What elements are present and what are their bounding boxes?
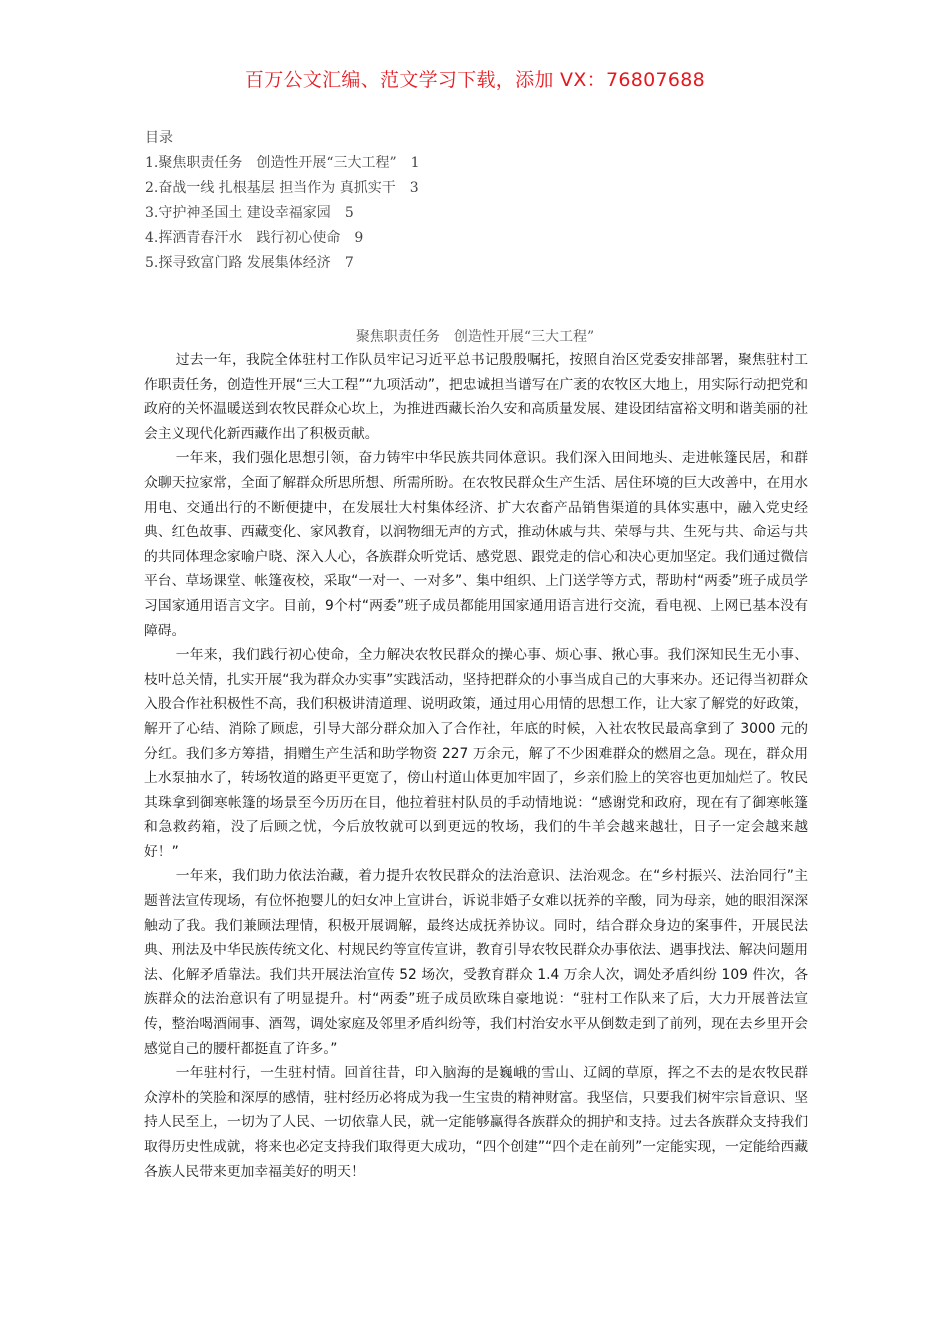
toc-item-label: 4.挥洒青春汗水 践行初心使命 (145, 230, 340, 246)
toc-item-page: 3 (410, 180, 419, 196)
toc-item[interactable]: 1.聚焦职责任务 创造性开展“三大工程”1 (145, 151, 420, 176)
toc-item[interactable]: 3.守护神圣国土 建设幸福家园5 (145, 201, 420, 226)
article-paragraph: 一年来，我们助力依法治藏，着力提升农牧民群众的法治意识、法治观念。在“乡村振兴、… (144, 864, 808, 1061)
toc-item[interactable]: 5.探寻致富门路 发展集体经济7 (145, 251, 420, 276)
toc-title: 目录 (145, 126, 420, 151)
toc-item-page: 9 (354, 230, 363, 246)
article-body: 过去一年，我院全体驻村工作队员牢记习近平总书记殷殷嘱托，按照自治区党委安排部署，… (144, 348, 808, 1184)
toc-item[interactable]: 4.挥洒青春汗水 践行初心使命9 (145, 226, 420, 251)
table-of-contents: 目录 1.聚焦职责任务 创造性开展“三大工程”1 2.奋战一线 扎根基层 担当作… (145, 126, 420, 276)
toc-item-page: 7 (345, 255, 354, 271)
article-heading: 聚焦职责任务 创造性开展“三大工程” (0, 326, 950, 348)
toc-item-label: 5.探寻致富门路 发展集体经济 (145, 255, 331, 271)
toc-item-page: 5 (345, 205, 354, 221)
toc-item-label: 3.守护神圣国土 建设幸福家园 (145, 205, 331, 221)
article-paragraph: 过去一年，我院全体驻村工作队员牢记习近平总书记殷殷嘱托，按照自治区党委安排部署，… (144, 348, 808, 446)
toc-item-label: 1.聚焦职责任务 创造性开展“三大工程” (145, 155, 397, 171)
promo-banner: 百万公文汇编、范文学习下载，添加 VX：76807688 (0, 66, 950, 94)
toc-item[interactable]: 2.奋战一线 扎根基层 担当作为 真抓实干3 (145, 176, 420, 201)
toc-item-label: 2.奋战一线 扎根基层 担当作为 真抓实干 (145, 180, 396, 196)
article-paragraph: 一年驻村行，一生驻村情。回首往昔，印入脑海的是巍峨的雪山、辽阔的草原，挥之不去的… (144, 1061, 808, 1184)
article-paragraph: 一年来，我们践行初心使命，全力解决农牧民群众的操心事、烦心事、揪心事。我们深知民… (144, 643, 808, 864)
article-paragraph: 一年来，我们强化思想引领，奋力铸牢中华民族共同体意识。我们深入田间地头、走进帐篷… (144, 446, 808, 643)
toc-item-page: 1 (411, 155, 420, 171)
